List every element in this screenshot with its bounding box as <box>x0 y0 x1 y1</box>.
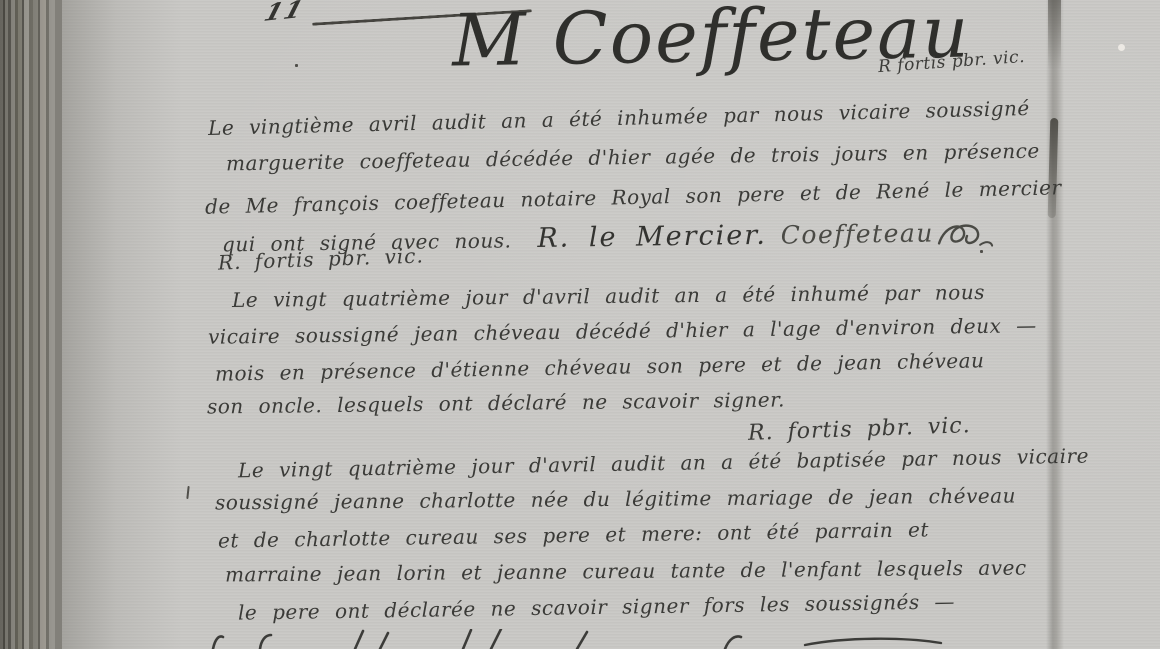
ink-speck <box>295 64 298 67</box>
manuscript-line: soussigné jeanne charlotte née du légiti… <box>215 484 1016 515</box>
binding-shadow <box>62 0 182 649</box>
register-entry: Le vingt quatrième jour d'avril audit an… <box>0 0 1160 649</box>
register-entry: Le vingtième avril audit an a été inhumé… <box>0 0 1160 649</box>
manuscript-line: son oncle. lesquels ont déclaré ne scavo… <box>207 387 785 418</box>
manuscript-line: le pere ont déclarée ne scavoir signer f… <box>238 589 955 624</box>
top-page-marks: 11 <box>261 0 308 27</box>
witness-signature-mercier: R. le Mercier. <box>537 220 767 254</box>
manuscript-line: qui ont signé avec nous.R. le Mercier.Co… <box>222 217 994 261</box>
manuscript-line: vicaire soussigné jean chéveau décédé d'… <box>208 313 1037 349</box>
fold-top-shade <box>1048 0 1061 70</box>
officiant-signature: R. fortis pbr. vic. <box>218 243 424 274</box>
signature-flourish <box>936 220 994 251</box>
manuscript-line-text: qui ont signé avec nous. <box>222 228 512 256</box>
manuscript-line: marraine jean lorin et jeanne cureau tan… <box>225 556 1027 587</box>
witness-signature-coeffeteau: Coeffeteau <box>781 218 935 249</box>
ink-speck <box>980 250 983 253</box>
manuscript-line: mois en présence d'étienne chéveau son p… <box>215 348 985 385</box>
officiant-signature: R. fortis pbr. vic. <box>748 413 971 446</box>
manuscript-line: marguerite coeffeteau décédée d'hier agé… <box>226 139 1040 176</box>
cut-off-bottom-line <box>205 629 945 649</box>
manuscript-line: Le vingtième avril audit an a été inhumé… <box>208 96 1030 140</box>
ink-speck <box>186 486 189 499</box>
paper-texture <box>0 0 1160 649</box>
manuscript-line: de Me françois coeffeteau notaire Royal … <box>205 175 1062 218</box>
manuscript-line: Le vingt quatrième jour d'avril audit an… <box>232 280 985 312</box>
page-fold-line <box>1046 0 1064 649</box>
document-scan: { "colors": { "paper": "#c9c8c5", "ink":… <box>0 0 1160 649</box>
paper-speck <box>1118 44 1125 51</box>
register-entry: Le vingt quatrième jour d'avril audit an… <box>0 0 1160 649</box>
manuscript-line: et de charlotte cureau ses pere et mere:… <box>218 517 929 552</box>
book-binding <box>0 0 62 649</box>
manuscript-line: Le vingt quatrième jour d'avril audit an… <box>238 444 1089 483</box>
